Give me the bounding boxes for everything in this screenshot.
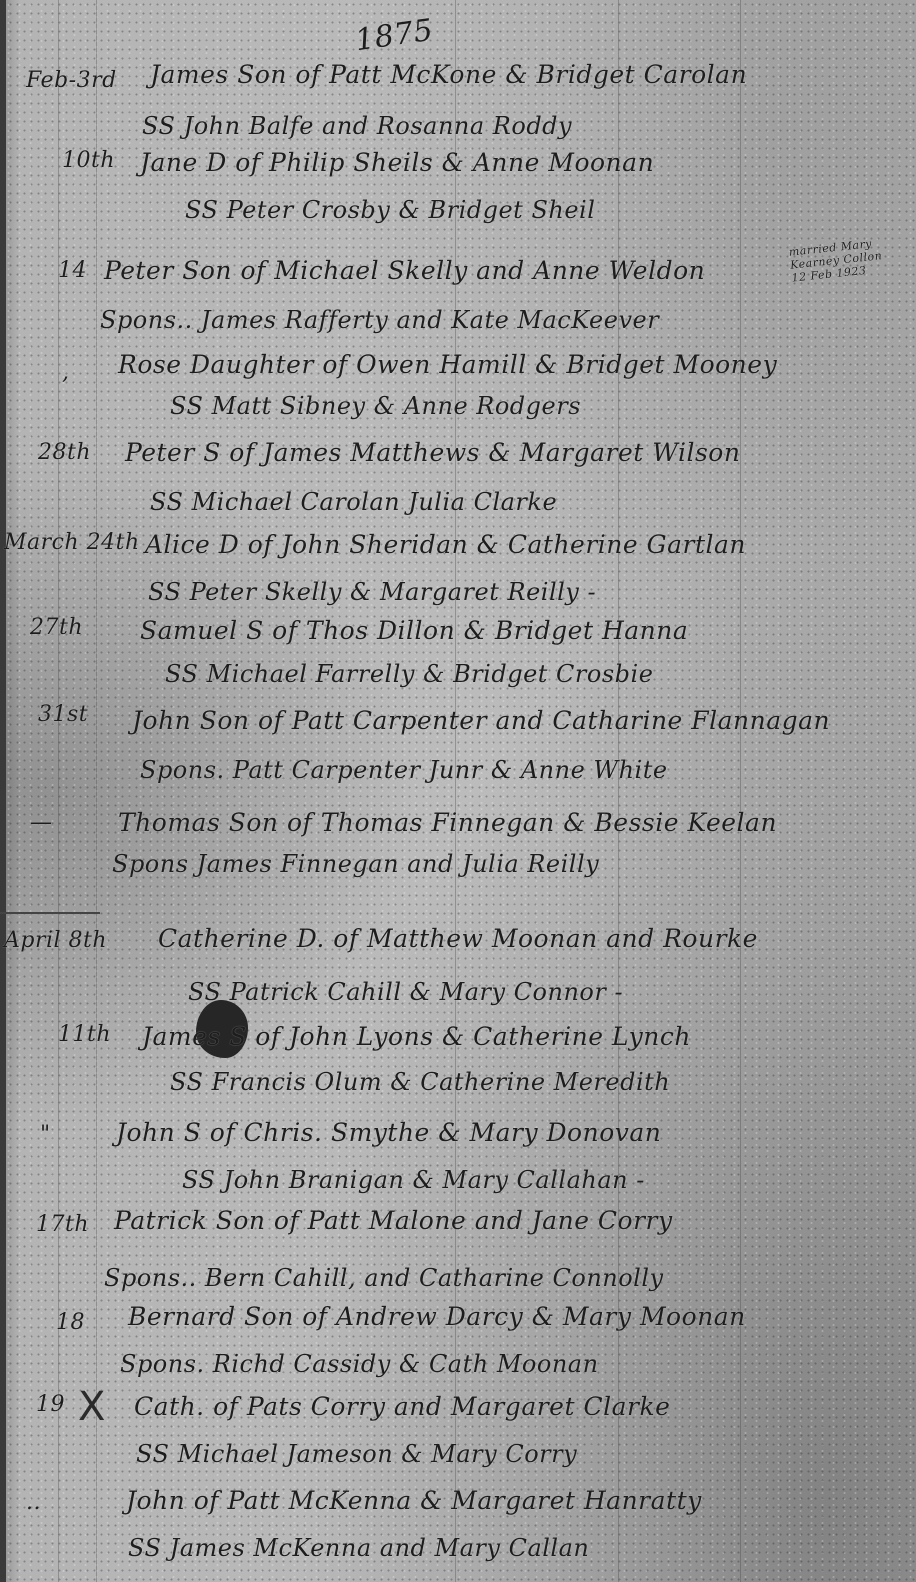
register-page: 1875 Feb-3rd James Son of Patt McKone & … bbox=[0, 0, 916, 1582]
entry-sponsors: Spons. Richd Cassidy & Cath Moonan bbox=[120, 1350, 599, 1378]
entry-sponsors: SS Michael Farrelly & Bridget Crosbie bbox=[165, 660, 653, 688]
entry-record: James S of John Lyons & Catherine Lynch bbox=[142, 1022, 691, 1051]
entry-date: March 24th bbox=[4, 530, 140, 555]
entry-record: James Son of Patt McKone & Bridget Carol… bbox=[150, 60, 747, 89]
margin-rule bbox=[96, 0, 97, 1582]
entry-record: Rose Daughter of Owen Hamill & Bridget M… bbox=[118, 350, 777, 379]
entry-record: Patrick Son of Patt Malone and Jane Corr… bbox=[114, 1206, 673, 1235]
entry-date: Feb-3rd bbox=[26, 68, 117, 93]
entry-sponsors: Spons.. Bern Cahill, and Catharine Conno… bbox=[104, 1264, 664, 1292]
column-rule bbox=[618, 0, 619, 1582]
entry-date: 18 bbox=[56, 1310, 85, 1335]
column-rule bbox=[740, 0, 741, 1582]
entry-sponsors: SS Peter Skelly & Margaret Reilly - bbox=[148, 578, 596, 606]
entry-record: Thomas Son of Thomas Finnegan & Bessie K… bbox=[118, 808, 777, 837]
page-binding-edge bbox=[0, 0, 6, 1582]
margin-rule bbox=[58, 0, 59, 1582]
entry-sponsors: SS Patrick Cahill & Mary Connor - bbox=[188, 978, 623, 1006]
section-divider bbox=[0, 912, 100, 914]
entry-record: Alice D of John Sheridan & Catherine Gar… bbox=[145, 530, 746, 559]
year-heading: 1875 bbox=[353, 13, 435, 59]
entry-record: Catherine D. of Matthew Moonan and Rourk… bbox=[158, 924, 758, 953]
entry-sponsors: SS Michael Jameson & Mary Corry bbox=[136, 1440, 577, 1468]
column-rule bbox=[455, 0, 456, 1582]
margin-note: married Mary Kearney Collon 12 Feb 1923 bbox=[788, 234, 901, 284]
entry-sponsors: SS Peter Crosby & Bridget Sheil bbox=[185, 196, 595, 224]
entry-sponsors: Spons. Patt Carpenter Junr & Anne White bbox=[140, 756, 668, 784]
entry-date: — bbox=[30, 810, 53, 835]
entry-date: 11th bbox=[58, 1022, 111, 1047]
entry-record: Bernard Son of Andrew Darcy & Mary Moona… bbox=[128, 1302, 746, 1331]
entry-record: Cath. of Pats Corry and Margaret Clarke bbox=[134, 1392, 670, 1421]
entry-record: John of Patt McKenna & Margaret Hanratty bbox=[126, 1486, 702, 1515]
entry-date: 31st bbox=[38, 702, 88, 727]
entry-date: 27th bbox=[30, 615, 83, 640]
cross-mark-icon: X bbox=[78, 1384, 105, 1430]
entry-record: John Son of Patt Carpenter and Catharine… bbox=[132, 706, 830, 735]
entry-date: 10th bbox=[62, 148, 115, 173]
entry-sponsors: Spons.. James Rafferty and Kate MacKeeve… bbox=[100, 306, 659, 334]
entry-sponsors: SS Matt Sibney & Anne Rodgers bbox=[170, 392, 581, 420]
entry-sponsors: SS John Balfe and Rosanna Roddy bbox=[142, 112, 572, 140]
entry-date: April 8th bbox=[4, 928, 107, 953]
entry-date: 14 bbox=[58, 258, 87, 283]
entry-date: 17th bbox=[36, 1212, 89, 1237]
entry-record: Jane D of Philip Sheils & Anne Moonan bbox=[140, 148, 654, 177]
entry-date: " bbox=[40, 1122, 51, 1147]
entry-record: John S of Chris. Smythe & Mary Donovan bbox=[116, 1118, 661, 1147]
entry-record: Peter Son of Michael Skelly and Anne Wel… bbox=[104, 256, 705, 285]
entry-sponsors: SS Francis Olum & Catherine Meredith bbox=[170, 1068, 670, 1096]
entry-date: 19 bbox=[36, 1392, 65, 1417]
entry-record: Samuel S of Thos Dillon & Bridget Hanna bbox=[140, 616, 688, 645]
entry-date: .. bbox=[26, 1490, 41, 1515]
entry-record: Peter S of James Matthews & Margaret Wil… bbox=[125, 438, 740, 467]
entry-date: 28th bbox=[38, 440, 91, 465]
entry-sponsors: SS Michael Carolan Julia Clarke bbox=[150, 488, 557, 516]
entry-sponsors: SS James McKenna and Mary Callan bbox=[128, 1534, 589, 1562]
entry-sponsors: Spons James Finnegan and Julia Reilly bbox=[112, 850, 599, 878]
entry-date: , bbox=[62, 360, 70, 385]
entry-sponsors: SS John Branigan & Mary Callahan - bbox=[182, 1166, 645, 1194]
